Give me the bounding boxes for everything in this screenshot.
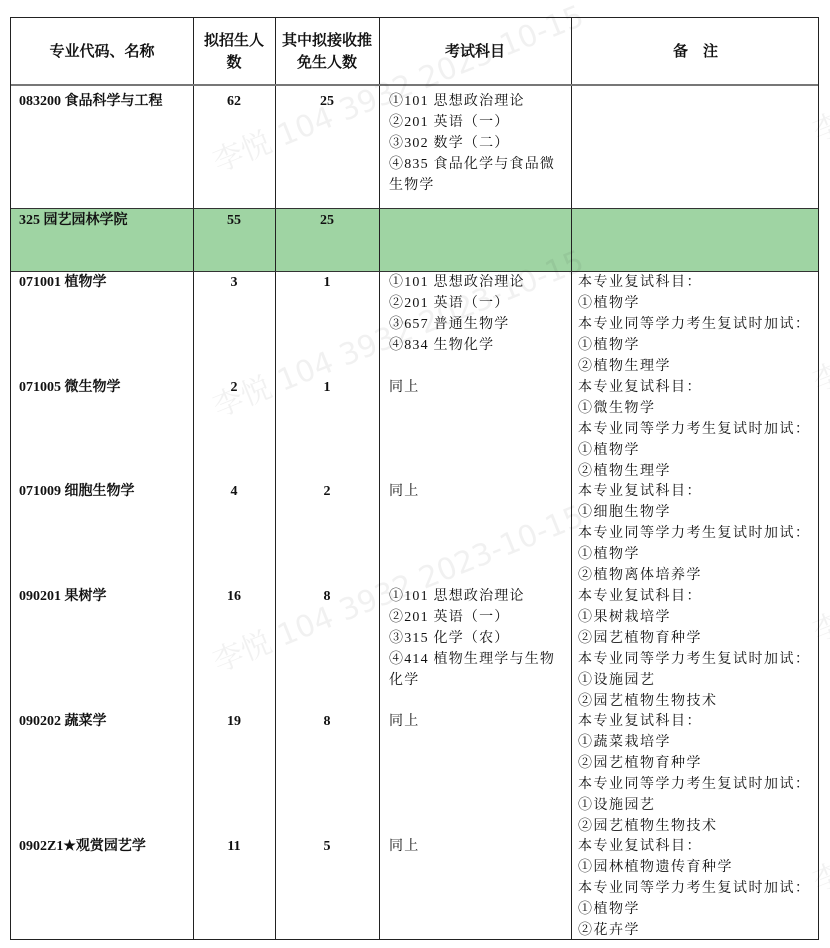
major-code-name: 071001 植物学 (19, 273, 107, 294)
exam-line: ④834 生物化学 (389, 336, 574, 357)
remarks: 本专业复试科目： ①植物学 本专业同等学力考生复试时加试： ①植物学 ②植物生理… (578, 273, 818, 378)
major-code-name: 083200 食品科学与工程 (19, 92, 163, 113)
exam-line: ④835 食品化学与食品微 (389, 155, 574, 176)
header-plan: 拟招生人数 (199, 18, 269, 84)
remarks: 本专业复试科目： ①园林植物遗传育种学 本专业同等学力考生复试时加试： ①植物学… (578, 837, 818, 942)
exam-line: ②201 英语（一） (389, 608, 574, 629)
exam-subjects: 同上 (389, 712, 574, 733)
major-code-name: 071009 细胞生物学 (19, 482, 135, 503)
exam-line: ④414 植物生理学与生物 (389, 650, 574, 671)
row-divider (11, 271, 818, 272)
row-divider (11, 208, 818, 209)
plan-count: 4 (193, 482, 275, 503)
header-remark: 备 注 (571, 18, 820, 84)
recommend-count: 2 (275, 482, 379, 503)
exam-subjects: 同上 (389, 378, 574, 399)
remark-line: ②园艺植物生物技术 (578, 817, 818, 838)
recommend-count: 25 (275, 211, 379, 232)
remark-line: 本专业同等学力考生复试时加试： (578, 524, 818, 545)
remark-line: 本专业同等学力考生复试时加试： (578, 879, 818, 900)
major-code-name: 0902Z1★观赏园艺学 (19, 837, 146, 858)
major-code-name: 090202 蔬菜学 (19, 712, 107, 733)
header-divider (11, 84, 818, 86)
plan-count: 2 (193, 378, 275, 399)
recommend-count: 1 (275, 273, 379, 294)
plan-count: 62 (193, 92, 275, 113)
plan-count: 19 (193, 712, 275, 733)
remarks: 本专业复试科目： ①蔬菜栽培学 ②园艺植物育种学 本专业同等学力考生复试时加试：… (578, 712, 818, 837)
remark-line: 本专业复试科目： (578, 712, 818, 733)
admissions-table: 专业代码、名称 拟招生人数 其中拟接收推免生人数 考试科目 备 注 083200… (10, 17, 819, 940)
exam-line: 同上 (389, 837, 574, 858)
exam-line: ②201 英语（一） (389, 294, 574, 315)
remark-line: ②植物离体培养学 (578, 566, 818, 587)
exam-line: ③657 普通生物学 (389, 315, 574, 336)
recommend-count: 25 (275, 92, 379, 113)
remark-line: ①设施园艺 (578, 796, 818, 817)
remark-line: ①果树栽培学 (578, 608, 818, 629)
remark-line: 本专业同等学力考生复试时加试： (578, 420, 818, 441)
plan-count: 16 (193, 587, 275, 608)
remarks: 本专业复试科目： ①微生物学 本专业同等学力考生复试时加试： ①植物学 ②植物生… (578, 378, 818, 483)
remark-line: ②植物生理学 (578, 462, 818, 483)
remark-line: 本专业同等学力考生复试时加试： (578, 775, 818, 796)
remark-line: ②园艺植物生物技术 (578, 692, 818, 713)
major-code-name: 090201 果树学 (19, 587, 107, 608)
remark-line: 本专业复试科目： (578, 378, 818, 399)
plan-count: 3 (193, 273, 275, 294)
exam-line: 同上 (389, 712, 574, 733)
header-major: 专业代码、名称 (11, 18, 193, 84)
exam-line: ③315 化学（农） (389, 629, 574, 650)
recommend-count: 8 (275, 587, 379, 608)
remark-line: ①植物学 (578, 336, 818, 357)
remark-line: ①设施园艺 (578, 671, 818, 692)
header-exam: 考试科目 (379, 18, 571, 84)
remarks: 本专业复试科目： ①细胞生物学 本专业同等学力考生复试时加试： ①植物学 ②植物… (578, 482, 818, 587)
exam-subjects: ①101 思想政治理论 ②201 英语（一） ③315 化学（农） ④414 植… (389, 587, 574, 692)
recommend-count: 5 (275, 837, 379, 858)
header-recommend: 其中拟接收推免生人数 (281, 18, 373, 84)
exam-subjects: 同上 (389, 837, 574, 858)
exam-line: 同上 (389, 482, 574, 503)
recommend-count: 8 (275, 712, 379, 733)
remark-line: ①植物学 (578, 441, 818, 462)
college-code-name: 325 园艺园林学院 (19, 211, 128, 232)
exam-line: 化学 (389, 671, 574, 692)
college-row-highlight (11, 208, 818, 271)
remark-line: 本专业复试科目： (578, 587, 818, 608)
exam-subjects: ①101 思想政治理论 ②201 英语（一） ③302 数学（二） ④835 食… (389, 92, 574, 197)
remark-line: ①微生物学 (578, 399, 818, 420)
plan-count: 11 (193, 837, 275, 858)
remark-line: ②花卉学 (578, 921, 818, 942)
remark-line: ①植物学 (578, 545, 818, 566)
remark-line: ①植物学 (578, 900, 818, 921)
exam-line: ②201 英语（一） (389, 113, 574, 134)
remark-line: ②植物生理学 (578, 357, 818, 378)
remark-line: ②园艺植物育种学 (578, 754, 818, 775)
remark-line: ①园林植物遗传育种学 (578, 858, 818, 879)
remark-line: 本专业同等学力考生复试时加试： (578, 650, 818, 671)
exam-line: ①101 思想政治理论 (389, 92, 574, 113)
exam-line: ③302 数学（二） (389, 134, 574, 155)
exam-line: 生物学 (389, 176, 574, 197)
remark-line: ①蔬菜栽培学 (578, 733, 818, 754)
remarks: 本专业复试科目： ①果树栽培学 ②园艺植物育种学 本专业同等学力考生复试时加试：… (578, 587, 818, 712)
major-code-name: 071005 微生物学 (19, 378, 121, 399)
remark-line: ②园艺植物育种学 (578, 629, 818, 650)
recommend-count: 1 (275, 378, 379, 399)
remark-line: 本专业复试科目： (578, 837, 818, 858)
column-divider (193, 18, 194, 939)
column-divider (275, 18, 276, 939)
exam-subjects: 同上 (389, 482, 574, 503)
remark-line: 本专业复试科目： (578, 273, 818, 294)
remark-line: ①植物学 (578, 294, 818, 315)
exam-line: ①101 思想政治理论 (389, 587, 574, 608)
column-divider (379, 18, 380, 939)
remark-line: 本专业复试科目： (578, 482, 818, 503)
remark-line: ①细胞生物学 (578, 503, 818, 524)
exam-subjects: ①101 思想政治理论 ②201 英语（一） ③657 普通生物学 ④834 生… (389, 273, 574, 357)
remark-line: 本专业同等学力考生复试时加试： (578, 315, 818, 336)
exam-line: ①101 思想政治理论 (389, 273, 574, 294)
plan-count: 55 (193, 211, 275, 232)
exam-line: 同上 (389, 378, 574, 399)
